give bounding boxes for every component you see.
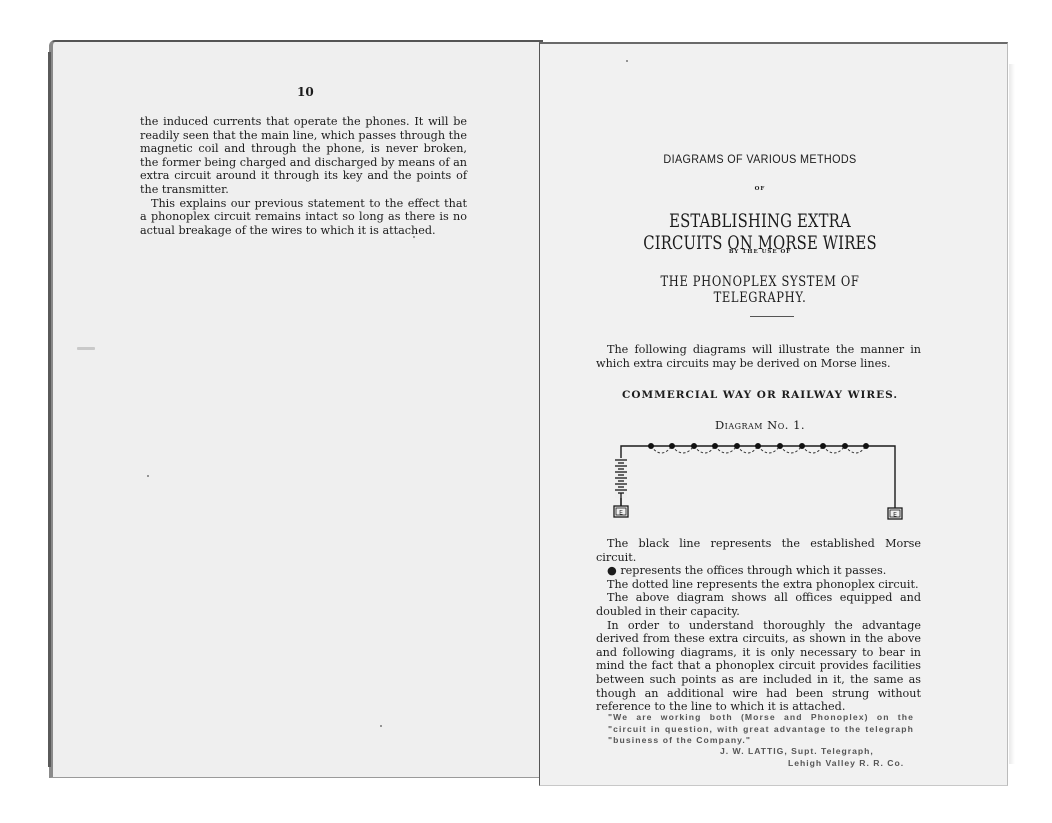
title-line-3: THE PHONOPLEX SYSTEM OF TELEGRAPHY. — [621, 274, 900, 306]
paper-speck — [147, 475, 149, 477]
ground-right-icon: E — [888, 508, 902, 519]
title-of: OF — [590, 186, 930, 192]
quote-text: "We are working both (Morse and Phonople… — [608, 712, 914, 747]
signature-name: J. W. LATTIG, Supt. Telegraph, — [720, 746, 874, 756]
main-title: ESTABLISHING EXTRA CIRCUITS ON MORSE WIR… — [627, 210, 892, 254]
morse-line — [621, 446, 895, 508]
divider-rule — [750, 316, 794, 317]
paper-speck — [413, 236, 415, 238]
title-line-1: DIAGRAMS OF VARIOUS METHODS — [607, 152, 913, 166]
diagram-label: Diagram No. 1. — [590, 418, 930, 432]
testimonial-quote: "We are working both (Morse and Phonople… — [608, 712, 914, 747]
section-heading: COMMERCIAL WAY OR RAILWAY WIRES. — [590, 389, 930, 401]
description-line: The above diagram shows all offices equi… — [596, 591, 921, 618]
paragraph: the induced currents that operate the ph… — [140, 115, 467, 197]
diagram-description: The black line represents the establishe… — [596, 537, 921, 714]
ground-left-icon: E — [614, 506, 628, 517]
page-number: 10 — [297, 85, 314, 99]
intro-text: The following diagrams will illustrate t… — [596, 343, 921, 370]
description-line: The black line represents the establishe… — [596, 537, 921, 564]
paper-speck — [380, 725, 382, 727]
svg-text:E: E — [893, 512, 897, 519]
title-by: BY THE USE OF — [590, 249, 930, 255]
paragraph: This explains our previous statement to … — [140, 197, 467, 238]
circuit-diagram: E E — [605, 436, 915, 526]
book-spread: 10 the induced currents that operate the… — [0, 0, 1052, 823]
description-line: ● represents the offices through which i… — [596, 564, 921, 578]
paper-smudge — [77, 347, 95, 350]
description-line: The dotted line represents the extra pho… — [596, 578, 921, 592]
signature-company: Lehigh Valley R. R. Co. — [788, 758, 904, 768]
intro-paragraph: The following diagrams will illustrate t… — [596, 343, 921, 370]
paper-speck — [626, 60, 628, 62]
left-page-text: the induced currents that operate the ph… — [140, 115, 467, 237]
circuit-diagram-svg: E E — [605, 436, 915, 526]
description-line: In order to understand thoroughly the ad… — [596, 619, 921, 714]
svg-text:E: E — [619, 510, 623, 517]
